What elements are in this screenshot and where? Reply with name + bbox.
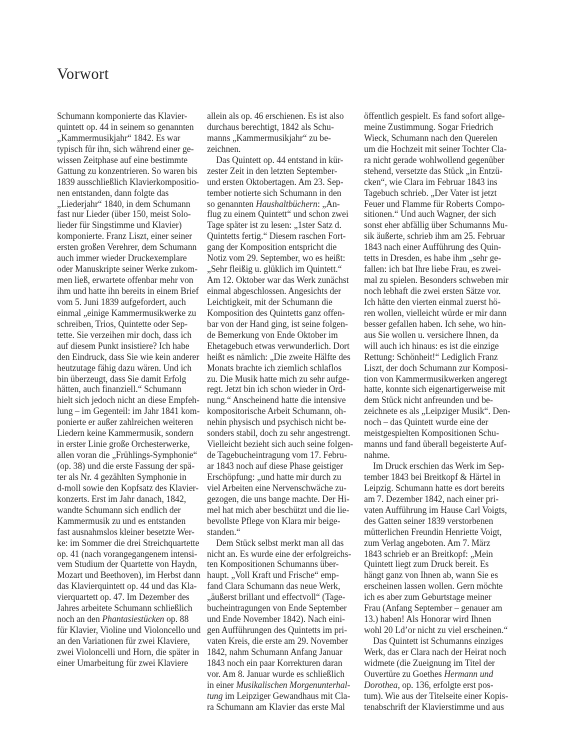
text-line: Dem Stück selbst merkt man all das [207,538,353,549]
text-line: meine Zustimmung. Sogar Friedrich [364,122,510,133]
text-line: auch immer wieder Druckexemplare [57,253,203,264]
text-line: besser gefallen haben. Ich sehe, wo hin- [364,319,510,330]
text-line: so genannten Haushaltbüchern: „An- [207,199,353,210]
text-line: oder Manuskripte seiner Werke zukom- [57,264,203,275]
text-line: Dorothea, op. 136, erfolgte erst pos- [364,680,510,691]
text-line: quintett op. 44 in seinem so genannten [57,122,203,133]
text-line: das Klavierquintett op. 44 und das Kla- [57,581,203,592]
text-line: vaten Aufführung im Hause Carl Voigts, [364,505,510,516]
text-line: nehin physisch und psychisch nicht be- [207,417,353,428]
text-line: ra nicht gerade wohlwollend gegenüber [364,155,510,166]
text-line: auf diesem Punkt insistiere? Ich habe [57,341,203,352]
text-line: zeichnete es als „Leipziger Musik“. Den- [364,406,510,417]
text-line: nicht an. Es wurde eine der erfolgreichs… [207,549,353,560]
text-line: wandte Schumann sich endlich der [57,505,203,516]
italic-title: Dorothea [364,680,398,690]
text-line: Tagebuch schrieb. „Der Vater ist jetzt [364,188,510,199]
text-line: vierquartett op. 47. Im Dezember des [57,592,203,603]
text-line: Im Druck erschien das Werk im Sep- [364,461,510,472]
text-line: noch an den Phantasiestücken op. 88 [57,614,203,625]
italic-title: Haushaltbüchern [256,199,318,209]
text-line: hätten, auch finanziell.“ Schumann [57,384,203,395]
text-line: 1843 nach einer Aufführung des Quin- [364,242,510,253]
text-line: fallen: ich bat Ihre liebe Frau, es zwei… [364,264,510,275]
text-line: ich es aber zum Geburtstage meiner [364,592,510,603]
text-line: fast ausnahmslos kleiner besetzte Wer- [57,527,203,538]
text-line: mütterlichen Freundin Henriette Voigt, [364,527,510,538]
text-line: Am 12. Oktober war das Werk zunächst [207,275,353,286]
text-run: noch an den [57,614,102,624]
text-line: 1843 noch ein paar Korrekturen daran [207,658,353,669]
text-line: meistgespielten Kompositionen Schu- [364,428,510,439]
text-line: Rettung: Schönheit!“ Lediglich Franz [364,352,510,363]
text-line: durchaus berechtigt, 1842 als Schu- [207,122,353,133]
text-line: tette. Sie verzeihen mir doch, dass ich [57,330,203,341]
page-title: Vorwort [57,66,109,84]
text-line: ren wollen, vielleicht würde er mir dann [364,308,510,319]
text-line: Quintetts fertig.“ Diesem raschen Fort- [207,231,353,242]
text-line: vem Studium der Quartette von Haydn, [57,559,203,570]
text-line: allein als op. 46 erschienen. Es ist als… [207,111,353,122]
text-line: Ehetagebuch etwas verwunderlich. Dort [207,341,353,352]
text-line: hielt sich jedoch nicht an diese Empfeh- [57,395,203,406]
text-line: ter als Nr. 4 gezählten Symphonie in [57,472,203,483]
text-line: ar 1843 noch auf diese Phase geistiger [207,461,353,472]
text-line: „Liederjahr“ 1840, in dem Schumann [57,199,203,210]
text-line: „Sehr fleißig u. glüklich im Quintett.“ [207,264,353,275]
text-line: sonst eher abfällig über Schumanns Mu- [364,220,510,231]
text-line: manns „Kammermusikjahr“ zu be- [207,133,353,144]
text-line: einmal „einige Kammermusikwerke zu [57,308,203,319]
text-line: de Tagebucheintragung vom 17. Febru- [207,450,353,461]
italic-title: Phantasiestücken [102,614,164,624]
text-line: konzerts. Erst im Jahr danach, 1842, [57,494,203,505]
text-run: : „An- [317,199,339,209]
text-line: vaten Kreis, die erste am 29. November [207,636,353,647]
text-line: gang der Komposition entspricht die [207,242,353,253]
text-line: ihm und hatte ihn bereits in einem Brief [57,286,203,297]
text-run: in einer [207,680,236,690]
text-line: Werk, das er Clara nach der Heirat noch [364,647,510,658]
text-line: Gattung zu konzentrieren. So waren bis [57,166,203,177]
text-line: an den Variationen für zwei Klaviere, [57,636,203,647]
text-line: will auch ich hinaus: es ist die einzige [364,341,510,352]
text-line: „Kammermusikjahr“ 1842. Es war [57,133,203,144]
text-line: Schumann komponierte das Klavier- [57,111,203,122]
text-line: sonders stabil, doch zu sehr angestrengt… [207,428,353,439]
text-line: lieder für Singstimme und Klavier) [57,220,203,231]
italic-title: Hermann und [444,669,493,679]
text-line: aus Sie wollen u. versichere Ihnen, da [364,330,510,341]
text-line: und Ende November 1842). Nach eini- [207,614,353,625]
italic-title: tung [207,691,223,701]
text-line: Monats brachte ich ziemlich schlaflos [207,363,353,374]
text-line: 1842, nahm Schumann Anfang Januar [207,647,353,658]
text-line: um die Hochzeit mit seiner Tochter Cla- [364,144,510,155]
text-line: den Eindruck, dass Sie wie kein anderer [57,352,203,363]
text-line: vom 5. Juni 1839 aufgefordert, auch [57,297,203,308]
text-line: flug zu einem Quintett“ und schon zwei [207,209,353,220]
text-line: ponierte er außer zahlreichen weiteren [57,417,203,428]
text-line: hatte, konnte sich eigenartigerweise mit [364,384,510,395]
italic-title: Musikalischen Morgenunterhal- [236,680,350,690]
text-line: für Klavier, Violine und Violoncello und [57,625,203,636]
text-line: dem Stück nicht anfreunden und be- [364,395,510,406]
text-line: in erster Linie große Orchesterwerke, [57,439,203,450]
text-line: Quintett liegt zum Druck bereit. Es [364,559,510,570]
text-line: Frau (Anfang September – genauer am [364,603,510,614]
text-line: zum Verlag angeboten. Am 7. März [364,538,510,549]
text-line: zu. Die Musik hatte mich zu sehr aufge- [207,374,353,385]
text-line: mel hat mich aber beschützt und die lie- [207,505,353,516]
text-line: Das Quintett op. 44 entstand in kür- [207,155,353,166]
text-line: hängt ganz von Ihnen ab, wann Sie es [364,570,510,581]
text-line: viel Arbeiten eine Nervenschwäche zu- [207,483,353,494]
text-line: op. 41 (nach vorangegangenem intensi- [57,549,203,560]
text-line: Notiz vom 29. September, wo es heißt: [207,253,353,264]
text-line: 13.) haben! Als Honorar wird Ihnen [364,614,510,625]
text-line: 1843 schrieb er an Breitkopf: „Mein [364,549,510,560]
text-line: tember notierte sich Schumann in den [207,188,353,199]
text-line: bevollste Pflege von Klara mir beige- [207,516,353,527]
text-run: , op. 136, erfolgte erst pos- [398,680,494,690]
text-line: Mozart und Beethoven), im Herbst dann [57,570,203,581]
text-line: vor. Am 8. Januar wurde es schließlich [207,669,353,680]
text-line: cken“, wie Clara im Februar 1843 ins [364,177,510,188]
text-run: im Leipziger Gewandhaus mit Cla- [223,691,350,701]
text-line: heutzutage fähig dazu wären. Und ich [57,363,203,374]
text-line: Komposition des Quintetts ganz offen- [207,308,353,319]
text-line: ra Schumann am Klavier das erste Mal [207,702,353,713]
text-line: ke: im Sommer die drei Streichquartette [57,538,203,549]
text-line: ten Kompositionen Schumanns über- [207,559,353,570]
text-line: Vielleicht bezieht sich auch seine folge… [207,439,353,450]
text-line: kompositorische Arbeit Schumann, oh- [207,406,353,417]
text-line: gen Aufführungen des Quintetts im pri- [207,625,353,636]
text-line: regt. Jetzt bin ich schon wieder in Ord- [207,384,353,395]
text-line: komponierte. Franz Liszt, einer seiner [57,231,203,242]
text-line: bucheintragungen von Ende September [207,603,353,614]
text-line: tember 1843 bei Breitkopf & Härtel in [364,472,510,483]
text-line: lung – im Gegenteil: im Jahr 1841 kom- [57,406,203,417]
text-line: öffentlich gespielt. Es fand sofort allg… [364,111,510,122]
text-line: heißt es nämlich: „Die zweite Hälfte des [207,352,353,363]
text-line: (op. 38) und die erste Fassung der spä- [57,461,203,472]
text-line: 1839 ausschließlich Klavierkompositio- [57,177,203,188]
text-line: allen voran die „Frühlings-Symphonie“ [57,450,203,461]
text-line: in einer Musikalischen Morgenunterhal- [207,680,353,691]
text-run: so genannten [207,199,256,209]
text-line: Das Quintett ist Schumanns einziges [364,636,510,647]
text-line: tetts in Dresden, es habe ihm „sehr ge- [364,253,510,264]
text-line: noch – das Quintett wurde eine der [364,417,510,428]
text-line: fand Clara Schumann das neue Werk, [207,581,353,592]
text-line: tion von Kammermusikwerken angeregt [364,374,510,385]
text-line: Liedern keine Kammermusik, sondern [57,428,203,439]
text-run: op. 88 [164,614,188,624]
text-line: mal zu spielen. Besonders schweben mir [364,275,510,286]
text-line: Erschöpfung: „und hatte mir durch zu [207,472,353,483]
text-line: zwei Violoncelli und Horn, die später in [57,647,203,658]
text-line: tenabschrift der Klavierstimme und aus [364,702,510,713]
text-line: des Gatten seiner 1839 verstorbenen [364,516,510,527]
text-line: nen entstanden, dann folgte das [57,188,203,199]
text-line: nahme. [364,450,510,461]
text-run: Ouvertüre zu Goethes [364,669,444,679]
text-line: standen.“ [207,527,353,538]
text-line: Ouvertüre zu Goethes Hermann und [364,669,510,680]
text-column-1: Schumann komponierte das Klavier-quintet… [57,111,203,669]
text-line: tung im Leipziger Gewandhaus mit Cla- [207,691,353,702]
text-line: wissen Zeitphase auf eine bestimmte [57,155,203,166]
text-line: haupt. „Voll Kraft und Frische“ emp- [207,570,353,581]
text-line: Leipzig. Schumann hatte es dort bereits [364,483,510,494]
text-column-2: allein als op. 46 erschienen. Es ist als… [207,111,353,713]
text-line: sik äußerte, schrieb ihm am 25. Februar [364,231,510,242]
text-line: schreiben, Trios, Quintette oder Sep- [57,319,203,330]
text-line: zester Zeit in den letzten September- [207,166,353,177]
text-line: bin überzeugt, dass Sie damit Erfolg [57,374,203,385]
text-line: und ersten Oktobertagen. Am 23. Sep- [207,177,353,188]
text-line: „äußerst brillant und effectvoll“ (Tage- [207,592,353,603]
text-line: fast nur Lieder (über 150, meist Solo- [57,209,203,220]
text-line: erscheinen lassen wollen. Gern möchte [364,581,510,592]
text-line: Liszt, der doch Schumann zur Komposi- [364,363,510,374]
text-line: typisch für ihn, sich während einer ge- [57,144,203,155]
text-line: tum). Wie aus der Titelseite einer Kopis… [364,691,510,702]
text-line: bar von der Hand ging, ist seine folgen- [207,319,353,330]
text-line: Ich hätte den vierten einmal zuerst hö- [364,297,510,308]
text-line: de Bemerkung von Ende Oktober im [207,330,353,341]
text-line: nung.“ Anscheinend hatte die intensive [207,395,353,406]
text-line: sitionen.“ Und auch Wagner, der sich [364,209,510,220]
text-line: zeichnen. [207,144,353,155]
text-line: ersten großen Verehrer, dem Schumann [57,242,203,253]
text-line: men ließ, erwartete offenbar mehr von [57,275,203,286]
text-line: wohl 20 Ld’or nicht zu viel erscheinen.“ [364,625,510,636]
text-line: Wieck, Schumann nach den Querelen [364,133,510,144]
text-line: widmete (die Zueignung im Titel der [364,658,510,669]
text-line: einer Umarbeitung für zwei Klaviere [57,658,203,669]
text-line: stehend, versetzte das Stück „in Entzü- [364,166,510,177]
text-line: noch lebhaft die zwei ersten Sätze vor. [364,286,510,297]
text-line: Kammermusik zu und es entstanden [57,516,203,527]
text-line: manns und fand überall begeisterte Auf- [364,439,510,450]
text-line: Jahres arbeitete Schumann schließlich [57,603,203,614]
text-line: d-moll sowie den Kopfsatz des Klavier- [57,483,203,494]
text-line: einmal abgeschlossen. Angesichts der [207,286,353,297]
text-line: Feuer und Flamme für Roberts Compo- [364,199,510,210]
text-line: Leichtigkeit, mit der Schumann die [207,297,353,308]
text-line: Tage später ist zu lesen: „1ster Satz d. [207,220,353,231]
text-column-3: öffentlich gespielt. Es fand sofort allg… [364,111,510,713]
text-line: am 7. Dezember 1842, nach einer pri- [364,494,510,505]
text-line: gezogen, die uns bange machte. Der Hi- [207,494,353,505]
